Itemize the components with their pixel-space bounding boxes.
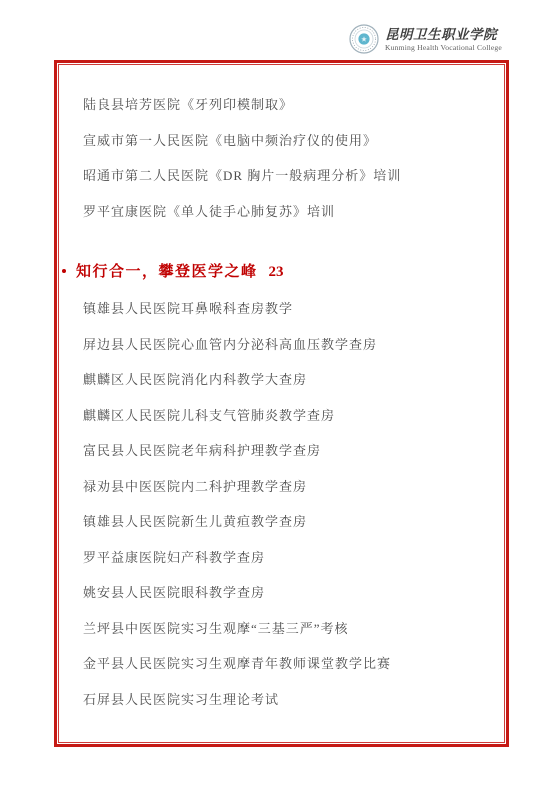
toc-item: 姚安县人民医院眼科教学查房 xyxy=(83,585,486,621)
bullet-icon xyxy=(62,269,66,273)
toc-item: 罗平宜康医院《单人徒手心肺复苏》培训 xyxy=(83,204,486,240)
toc-item: 麒麟区人民医院儿科支气管肺炎教学查房 xyxy=(83,408,486,444)
toc-item: 罗平益康医院妇产科教学查房 xyxy=(83,550,486,586)
college-name-english: Kunming Health Vocational College xyxy=(385,43,502,52)
toc-item: 石屏县人民医院实习生理论考试 xyxy=(83,692,486,728)
college-seal-icon xyxy=(349,24,379,54)
section-heading: 知行合一，攀登医学之峰23 xyxy=(76,263,486,280)
toc-item: 禄劝县中医医院内二科护理教学查房 xyxy=(83,479,486,515)
toc-item: 兰坪县中医医院实习生观摩“三基三严”考核 xyxy=(83,621,486,657)
toc-item: 镇雄县人民医院新生儿黄疸教学查房 xyxy=(83,514,486,550)
toc-item: 昭通市第二人民医院《DR 胸片一般病理分析》培训 xyxy=(83,168,486,204)
toc-item: 宣威市第一人民医院《电脑中频治疗仪的使用》 xyxy=(83,133,486,169)
toc-item: 陆良县培芳医院《牙列印模制取》 xyxy=(83,97,486,133)
section-title: 知行合一，攀登医学之峰 xyxy=(76,263,258,280)
toc-item: 金平县人民医院实习生观摩青年教师课堂教学比赛 xyxy=(83,656,486,692)
toc-item: 麒麟区人民医院消化内科教学大查房 xyxy=(83,372,486,408)
toc-item: 富民县人民医院老年病科护理教学查房 xyxy=(83,443,486,479)
toc-item: 屏边县人民医院心血管内分泌科高血压教学查房 xyxy=(83,337,486,373)
section-page-number: 23 xyxy=(269,264,284,280)
college-name-chinese: 昆明卫生职业学院 xyxy=(385,28,502,43)
college-logo: 昆明卫生职业学院 Kunming Health Vocational Colle… xyxy=(349,23,502,54)
toc-item: 镇雄县人民医院耳鼻喉科查房教学 xyxy=(83,301,486,337)
red-border-frame: 陆良县培芳医院《牙列印模制取》 宣威市第一人民医院《电脑中频治疗仪的使用》 昭通… xyxy=(54,60,509,747)
document-page: 昆明卫生职业学院 Kunming Health Vocational Colle… xyxy=(0,0,552,812)
